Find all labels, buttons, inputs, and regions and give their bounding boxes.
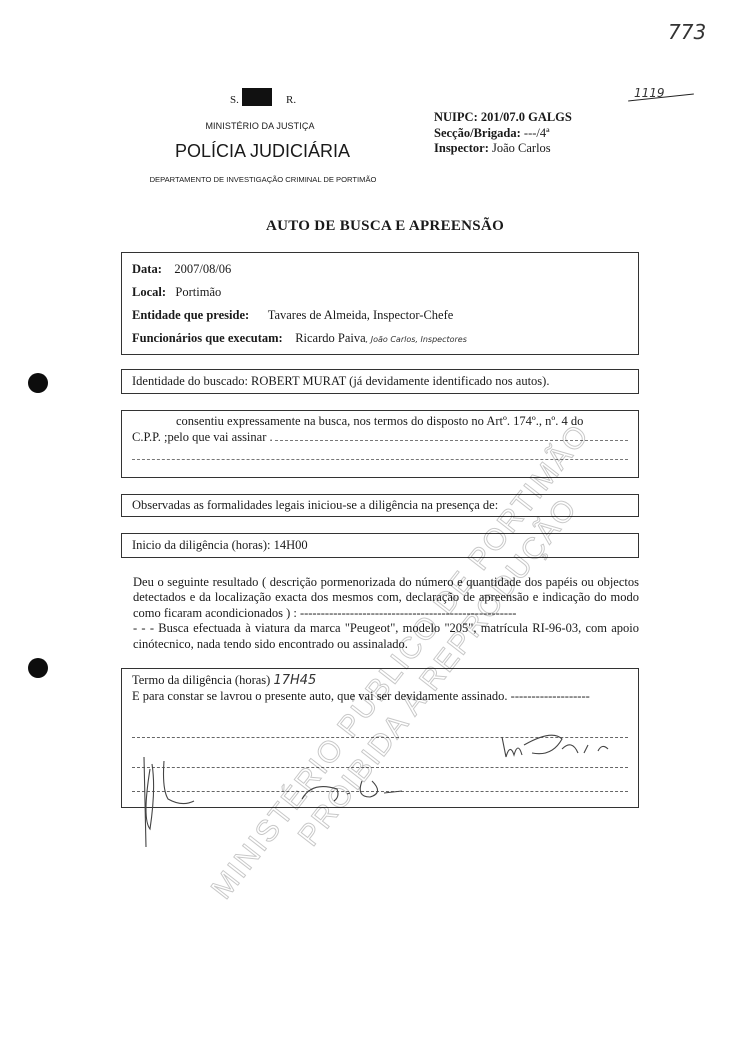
ministry-name: MINISTÉRIO DA JUSTIÇA: [175, 121, 345, 131]
search-result: Deu o seguinte resultado ( descrição por…: [133, 575, 639, 652]
date-label: Data:: [132, 262, 162, 276]
hole-punch: [28, 373, 48, 393]
officers-label: Funcionários que executam:: [132, 331, 283, 345]
result-body: - - - Busca efectuada à viatura da marca…: [133, 621, 639, 652]
document-title: AUTO DE BUSCA E APREENSÃO: [120, 218, 650, 235]
observed-text: Observadas as formalidades legais inicio…: [132, 498, 498, 512]
presiding-label: Entidade que preside:: [132, 308, 249, 322]
crest-right-letter: R.: [286, 94, 296, 106]
case-info: NUIPC: 201/07.0 GALGS Secção/Brigada: --…: [434, 110, 572, 157]
consent-line-2: C.P.P. ;pelo que vai assinar .: [132, 430, 273, 446]
section-value: ---/4ª: [524, 126, 550, 140]
inspector-label: Inspector:: [434, 141, 489, 155]
result-intro: Deu o seguinte resultado ( descrição por…: [133, 575, 639, 621]
date-value: 2007/08/06: [174, 262, 231, 276]
nuipc-label: NUIPC:: [434, 110, 478, 124]
consent-line-1: consentiu expressamente na busca, nos te…: [132, 414, 628, 430]
signature-left: [144, 757, 194, 847]
hole-punch: [28, 658, 48, 678]
department-name: DEPARTAMENTO DE INVESTIGAÇÃO CRIMINAL DE…: [118, 175, 408, 184]
signature-right: [502, 735, 608, 757]
page-number-handwritten: 773: [668, 20, 706, 44]
agency-name: POLÍCIA JUDICIÁRIA: [150, 141, 375, 162]
place-label: Local:: [132, 285, 166, 299]
section-label: Secção/Brigada:: [434, 126, 521, 140]
identity-box: Identidade do buscado: ROBERT MURAT (já …: [121, 369, 639, 394]
crest-left-letter: S.: [230, 94, 239, 106]
place-value: Portimão: [175, 285, 221, 299]
details-box: Data: 2007/08/06 Local: Portimão Entidad…: [121, 252, 639, 355]
nuipc-value: 201/07.0 GALGS: [481, 110, 572, 124]
inspector-value: João Carlos: [492, 141, 551, 155]
identity-text: Identidade do buscado: ROBERT MURAT (já …: [132, 374, 549, 388]
coat-of-arms-icon: [242, 88, 272, 106]
officers-handwritten: , João Carlos, Inspectores: [366, 335, 467, 344]
officers-value: Ricardo Paiva: [295, 331, 365, 345]
start-time-text: Inicio da diligência (horas): 14H00: [132, 538, 308, 552]
presiding-value: Tavares de Almeida, Inspector-Chefe: [268, 308, 454, 322]
